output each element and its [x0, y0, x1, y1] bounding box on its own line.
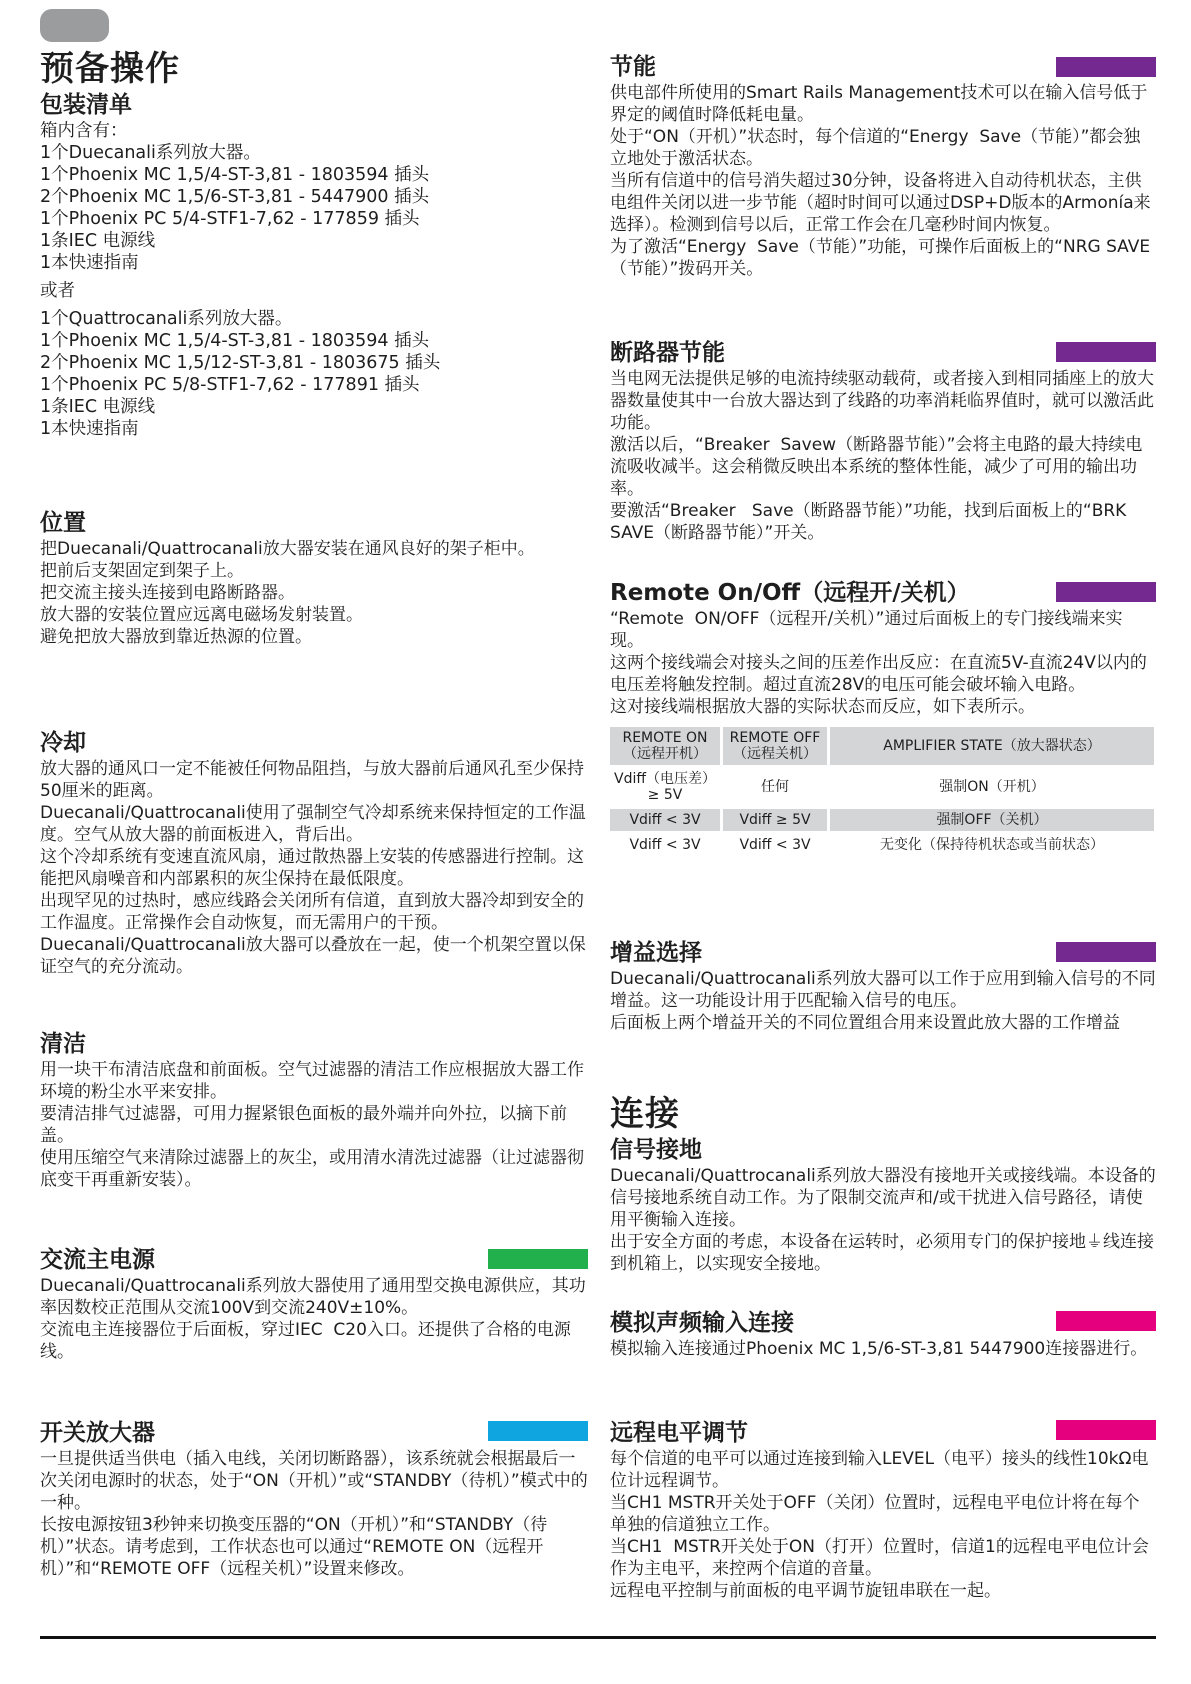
table-cell: 强制OFF（关机） — [830, 809, 1154, 831]
switching-on-body: 一旦提供适当供电（插入电线，关闭切断路器），该系统就会根据最后一次关闭电源时的状… — [40, 1448, 588, 1580]
section-cooling: 冷却 放大器的通风口一定不能被任何物品阻挡，与放大器前后通风孔至少保持50厘米的… — [40, 728, 588, 978]
page-tab-marker — [40, 9, 109, 42]
remote-onoff-body: “Remote ON/OFF（远程开/关机）”通过后面板上的专门接线端来实现。 … — [610, 608, 1156, 718]
table-cell: Vdiff（电压差）≥ 5V — [610, 768, 720, 806]
list-item: 1本快速指南 — [40, 418, 588, 440]
table-header-cell: REMOTE OFF（远程关机） — [723, 727, 827, 765]
energy-save-body: 供电部件所使用的Smart Rails Management技术可以在输入信号低… — [610, 82, 1156, 280]
section-remote-onoff: Remote On/Off（远程开/关机） “Remote ON/OFF（远程开… — [610, 578, 1156, 859]
section-title-packing: 包装清单 — [40, 90, 588, 120]
list-item: 2个Phoenix MC 1,5/12-ST-3,81 - 1803675 插头 — [40, 352, 588, 374]
table-row: Vdiff（电压差）≥ 5V 任何 强制ON（开机） — [610, 768, 1154, 806]
section-color-bar-purple — [1056, 942, 1156, 962]
section-position: 位置 把Duecanali/Quattrocanali放大器安装在通风良好的架子… — [40, 508, 588, 648]
section-title-cleaning: 清洁 — [40, 1029, 588, 1059]
section-color-bar-magenta — [1056, 1311, 1156, 1331]
table-header-cell: AMPLIFIER STATE（放大器状态） — [830, 727, 1154, 765]
breaker-save-body: 当电网无法提供足够的电流持续驱动载荷，或者接入到相同插座上的放大器数量使其中一台… — [610, 368, 1156, 544]
grounding-body: Duecanali/Quattrocanali系列放大器没有接地开关或接线端。本… — [610, 1165, 1156, 1275]
table-cell: Vdiff ≥ 5V — [723, 809, 827, 831]
section-title-position: 位置 — [40, 508, 588, 538]
section-color-bar-cyan — [488, 1421, 588, 1441]
list-item: 1本快速指南 — [40, 252, 588, 274]
list-item: 1条IEC 电源线 — [40, 396, 588, 418]
section-color-bar-green — [488, 1249, 588, 1269]
table-cell: 强制ON（开机） — [830, 768, 1154, 806]
table-header-row: REMOTE ON（远程开机） REMOTE OFF（远程关机） AMPLIFI… — [610, 727, 1154, 765]
table-cell: 无变化（保持待机状态或当前状态） — [830, 834, 1154, 856]
packing-or-label: 或者 — [40, 280, 588, 302]
list-item: 1条IEC 电源线 — [40, 230, 588, 252]
remote-state-table: REMOTE ON（远程开机） REMOTE OFF（远程关机） AMPLIFI… — [607, 724, 1157, 859]
section-color-bar-magenta — [1056, 1420, 1156, 1440]
chapter-title-connections: 连接 — [610, 1093, 1156, 1135]
remote-level-body: 每个信道的电平可以通过连接到输入LEVEL（电平）接头的线性10kΩ电位计远程调… — [610, 1448, 1156, 1602]
section-ac-mains: 交流主电源 Duecanali/Quattrocanali系列放大器使用了通用型… — [40, 1245, 588, 1363]
table-row: Vdiff < 3V Vdiff ≥ 5V 强制OFF（关机） — [610, 809, 1154, 831]
section-cleaning: 清洁 用一块干布清洁底盘和前面板。空气过滤器的清洁工作应根据放大器工作环境的粉尘… — [40, 1029, 588, 1191]
list-item: 1个Phoenix MC 1,5/4-ST-3,81 - 1803594 插头 — [40, 164, 588, 186]
list-item: 1个Phoenix MC 1,5/4-ST-3,81 - 1803594 插头 — [40, 330, 588, 352]
section-color-bar-purple — [1056, 342, 1156, 362]
section-switching-on: 开关放大器 一旦提供适当供电（插入电线，关闭切断路器），该系统就会根据最后一次关… — [40, 1418, 588, 1580]
chapter-title-preparation: 预备操作 — [40, 48, 588, 90]
packing-list-a: 1个Duecanali系列放大器。 1个Phoenix MC 1,5/4-ST-… — [40, 142, 588, 274]
table-cell: Vdiff < 3V — [610, 834, 720, 856]
section-preparation: 预备操作 包装清单 箱内含有： 1个Duecanali系列放大器。 1个Phoe… — [40, 48, 588, 440]
section-breaker-save: 断路器节能 当电网无法提供足够的电流持续驱动载荷，或者接入到相同插座上的放大器数… — [610, 338, 1156, 544]
table-row: Vdiff < 3V Vdiff < 3V 无变化（保持待机状态或当前状态） — [610, 834, 1154, 856]
list-item: 1个Duecanali系列放大器。 — [40, 142, 588, 164]
ac-mains-body: Duecanali/Quattrocanali系列放大器使用了通用型交换电源供应… — [40, 1275, 588, 1363]
table-cell: Vdiff < 3V — [723, 834, 827, 856]
section-gain: 增益选择 Duecanali/Quattrocanali系列放大器可以工作于应用… — [610, 938, 1156, 1034]
page-bottom-rule — [40, 1636, 1156, 1639]
position-body: 把Duecanali/Quattrocanali放大器安装在通风良好的架子柜中。… — [40, 538, 588, 648]
section-color-bar-purple — [1056, 57, 1156, 77]
analog-input-body: 模拟输入连接通过Phoenix MC 1,5/6-ST-3,81 5447900… — [610, 1338, 1156, 1360]
table-cell: Vdiff < 3V — [610, 809, 720, 831]
cooling-body: 放大器的通风口一定不能被任何物品阻挡，与放大器前后通风孔至少保持50厘米的距离。… — [40, 758, 588, 978]
cleaning-body: 用一块干布清洁底盘和前面板。空气过滤器的清洁工作应根据放大器工作环境的粉尘水平来… — [40, 1059, 588, 1191]
packing-list-b: 1个Quattrocanali系列放大器。 1个Phoenix MC 1,5/4… — [40, 308, 588, 440]
section-title-cooling: 冷却 — [40, 728, 588, 758]
list-item: 2个Phoenix MC 1,5/6-ST-3,81 - 5447900 插头 — [40, 186, 588, 208]
list-item: 1个Quattrocanali系列放大器。 — [40, 308, 588, 330]
list-item: 1个Phoenix PC 5/4-STF1-7,62 - 177859 插头 — [40, 208, 588, 230]
section-remote-level: 远程电平调节 每个信道的电平可以通过连接到输入LEVEL（电平）接头的线性10k… — [610, 1418, 1156, 1602]
table-header-cell: REMOTE ON（远程开机） — [610, 727, 720, 765]
table-cell: 任何 — [723, 768, 827, 806]
section-connections: 连接 信号接地 Duecanali/Quattrocanali系列放大器没有接地… — [610, 1093, 1156, 1275]
list-item: 1个Phoenix PC 5/8-STF1-7,62 - 177891 插头 — [40, 374, 588, 396]
section-analog-input: 模拟声频输入连接 模拟输入连接通过Phoenix MC 1,5/6-ST-3,8… — [610, 1308, 1156, 1360]
section-energy-save: 节能 供电部件所使用的Smart Rails Management技术可以在输入… — [610, 52, 1156, 280]
gain-body: Duecanali/Quattrocanali系列放大器可以工作于应用到输入信号… — [610, 968, 1156, 1034]
section-title-grounding: 信号接地 — [610, 1135, 1156, 1165]
packing-intro: 箱内含有： — [40, 120, 588, 142]
section-color-bar-purple — [1056, 582, 1156, 602]
